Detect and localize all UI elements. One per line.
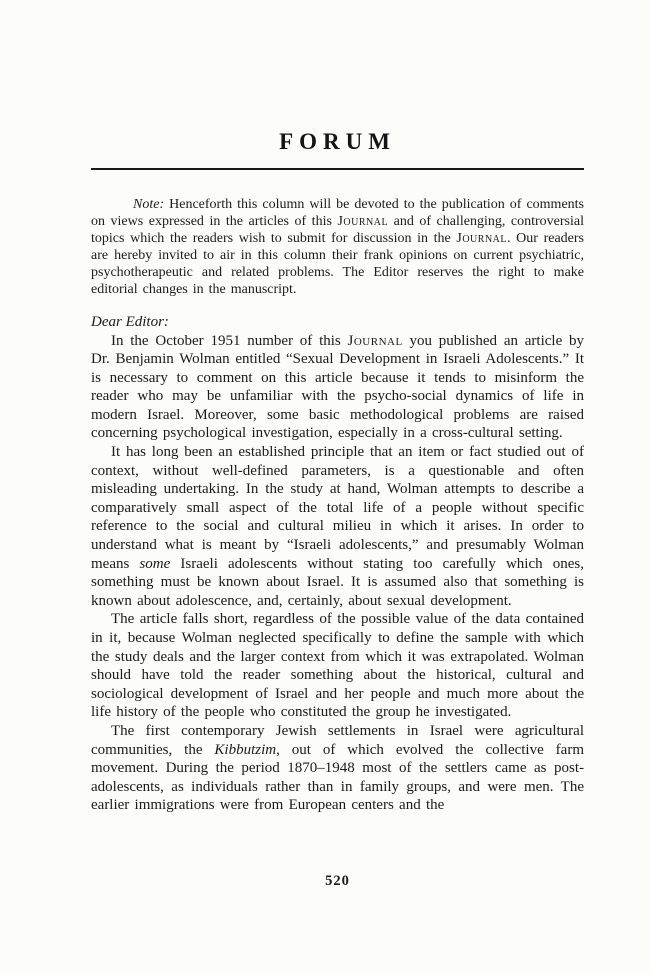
page-number: 520 xyxy=(91,873,584,890)
letter-paragraph-1: In the October 1951 number of this Journ… xyxy=(91,332,584,444)
letter-paragraph-2: It has long been an established principl… xyxy=(91,443,584,610)
page-title: FORUM xyxy=(91,129,584,155)
editor-note-paragraph: Note: Henceforth this column will be dev… xyxy=(91,196,584,298)
text-column: FORUM Note: Henceforth this column will … xyxy=(91,0,584,815)
title-divider-rule xyxy=(91,168,584,170)
letter-paragraph-4: The first contemporary Jewish settlement… xyxy=(91,722,584,815)
document-page: FORUM Note: Henceforth this column will … xyxy=(0,0,650,972)
letter-paragraph-3: The article falls short, regardless of t… xyxy=(91,610,584,722)
letter-salutation: Dear Editor: xyxy=(91,313,584,332)
